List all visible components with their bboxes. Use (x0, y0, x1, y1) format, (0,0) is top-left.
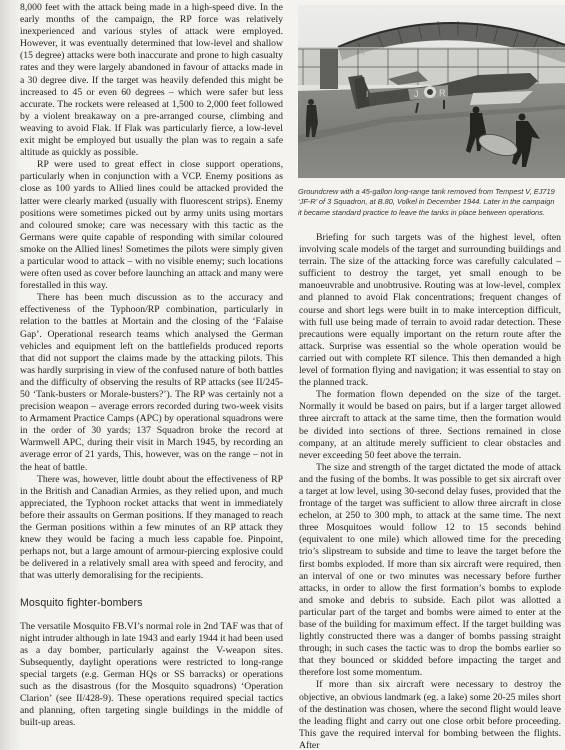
page-gutter-shadow (0, 0, 22, 750)
photo-illustration: J R I (298, 5, 565, 178)
paragraph: There has been much discussion as to the… (20, 292, 283, 473)
hangar-photo: J R I (298, 5, 565, 178)
figure: J R I Groundcrew with a 45-gallon long-r… (298, 5, 565, 218)
paragraph: The size and strength of the target dict… (299, 462, 561, 680)
photo-caption: Groundcrew with a 45-gallon long-range t… (298, 187, 560, 218)
right-text-column: Briefing for such targets was of the hig… (299, 232, 561, 750)
paragraph: The versatile Mosquito FB.VI’s normal ro… (20, 621, 283, 730)
aircraft-code-left: J (414, 89, 419, 99)
paragraph: Briefing for such targets was of the hig… (299, 232, 561, 389)
aircraft-code-right: R (439, 88, 446, 98)
paragraph: The formation flown depended on the size… (299, 389, 561, 462)
paragraph: 8,000 feet with the attack being made in… (20, 2, 283, 159)
paragraph: There was, however, little doubt about t… (20, 474, 283, 583)
svg-text:I: I (366, 90, 368, 99)
paragraph: RP were used to great effect in close su… (20, 159, 283, 292)
paragraph: If more than six aircraft were necessary… (299, 679, 561, 750)
left-text-column: 8,000 feet with the attack being made in… (20, 2, 283, 729)
section-heading: Mosquito fighter-bombers (20, 597, 283, 609)
